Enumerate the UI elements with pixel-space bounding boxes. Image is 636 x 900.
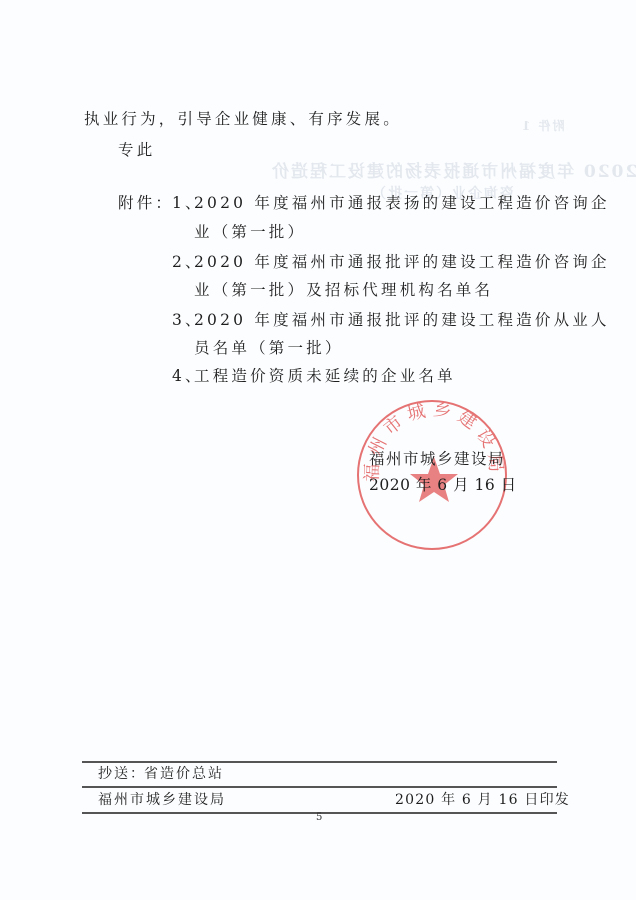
issuing-organization: 福州市城乡建设局 [98, 793, 226, 807]
attachment-title-cont: 业（第一批）及招标代理机构名单名 [194, 283, 493, 299]
signing-date: 2020 年 6 月 16 日 [369, 478, 517, 494]
attachment-title-cont: 业（第一批） [194, 225, 306, 241]
bleed-through-text [330, 335, 465, 350]
cc-recipient: 省造价总站 [144, 767, 224, 781]
footer-rule-middle [82, 786, 557, 788]
page-number: 5 [316, 812, 322, 823]
closing-phrase: 专此 [118, 143, 155, 159]
attachment-title: 2020 年度福州市通报批评的建设工程造价咨询企 [194, 255, 610, 271]
body-paragraph-tail: 执业行为，引导企业健康、有序发展。 [84, 112, 402, 128]
bleed-through-text [330, 232, 450, 247]
attachment-title-cont: 员名单（第一批） [194, 341, 344, 357]
attachments-label: 附件： [118, 196, 174, 212]
document-page: 附件 1 2020 年度福州市通报表扬的建设工程造价 咨询企业（第一批） 执业行… [0, 0, 636, 900]
attachment-title: 2020 年度福州市通报表扬的建设工程造价咨询企 [194, 196, 610, 212]
footer-rule-top [82, 761, 557, 763]
cc-label: 抄送： [98, 767, 146, 781]
attachment-title: 工程造价资质未延续的企业名单 [194, 369, 456, 385]
signing-organization: 福州市城乡建设局 [369, 452, 505, 468]
issue-date: 2020 年 6 月 16 日印发 [395, 793, 570, 807]
bleed-through-text: 附件 1 [520, 117, 565, 134]
bleed-through-text: 2020 年度福州市通报表扬的建设工程造价 [270, 157, 636, 182]
attachment-title: 2020 年度福州市通报批评的建设工程造价从业人 [194, 313, 610, 329]
official-seal-stamp: 福州市城乡建设局 [357, 400, 507, 550]
